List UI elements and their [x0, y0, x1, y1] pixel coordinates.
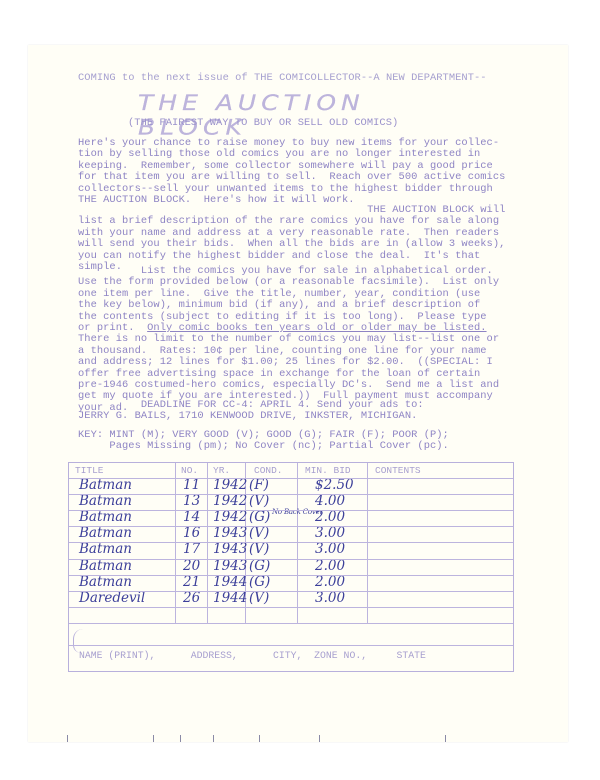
table-row: Batman211944(G)2.00 [69, 575, 513, 591]
cell-year: 1944 [213, 574, 247, 590]
cell-year: 1943 [213, 525, 247, 541]
table-row: Daredevil261944(V)3.00 [69, 591, 513, 607]
cell-year: 1944 [213, 590, 247, 606]
cell-no: 21 [183, 574, 200, 590]
row-divider [69, 645, 513, 646]
listing-form: TITLE NO. YR. COND. MIN. BID CONTENTS Ba… [68, 462, 514, 672]
age-requirement-text: Only comic books ten years old or older … [147, 322, 486, 334]
cell-year: 1943 [213, 541, 247, 557]
cell-min-bid: 4.00 [315, 493, 345, 509]
cell-condition: (V) [249, 541, 269, 557]
cell-condition: (V) [249, 525, 269, 541]
cell-no: 13 [183, 493, 200, 509]
table-row [69, 607, 513, 623]
cell-condition: (G) [249, 574, 270, 590]
cell-no: 20 [183, 558, 200, 574]
page-title: THE AUCTION BLOCK [138, 90, 458, 139]
instructions-paragraph: List the comics you have for sale in alp… [78, 266, 499, 414]
margin-tick [153, 735, 154, 742]
cell-no: 11 [183, 477, 200, 493]
cell-title: Batman [79, 493, 132, 509]
cell-min-bid: 2.00 [315, 558, 345, 574]
cell-condition: (G) [249, 509, 270, 525]
table-row: Batman201943(G)2.00 [69, 559, 513, 575]
col-header-yr: YR. [213, 465, 230, 476]
cell-min-bid: $2.50 [315, 477, 354, 493]
row-divider [69, 542, 513, 543]
margin-tick [213, 735, 214, 742]
cell-min-bid: 3.00 [315, 590, 345, 606]
row-divider [69, 607, 513, 608]
cell-no: 16 [183, 525, 200, 541]
row-divider [69, 591, 513, 592]
deadline-notice: DEADLINE FOR CC-4: APRIL 4. Send your ad… [78, 400, 424, 423]
margin-tick [180, 735, 181, 742]
table-row: Batman171943(V)3.00 [69, 542, 513, 558]
cell-min-bid: 3.00 [315, 525, 345, 541]
row-divider [69, 575, 513, 576]
margin-tick [67, 735, 68, 742]
table-row: Batman141942(G)No Back Cover2.00 [69, 510, 513, 526]
col-header-title: TITLE [75, 465, 104, 476]
cell-no: 26 [183, 590, 200, 606]
cell-title: Batman [79, 509, 132, 525]
cell-title: Batman [79, 574, 132, 590]
row-divider [69, 510, 513, 511]
cell-title: Batman [79, 525, 132, 541]
col-header-no: NO. [181, 465, 198, 476]
cell-min-bid: 2.00 [315, 509, 345, 525]
cell-condition: (V) [249, 493, 269, 509]
headline: COMING to the next issue of THE COMICOLL… [78, 73, 487, 84]
cell-min-bid: 3.00 [315, 541, 345, 557]
cell-min-bid: 2.00 [315, 574, 345, 590]
row-divider [69, 623, 513, 624]
cell-condition: (F) [249, 477, 269, 493]
cell-condition: (V) [249, 590, 269, 606]
cell-year: 1942 [213, 477, 247, 493]
address-line-label: NAME (PRINT), ADDRESS, CITY, ZONE NO., S… [79, 650, 426, 661]
table-row: Batman111942(F)$2.50 [69, 478, 513, 494]
cell-year: 1942 [213, 509, 247, 525]
cell-condition: (G) [249, 558, 270, 574]
cell-year: 1943 [213, 558, 247, 574]
cell-title: Batman [79, 558, 132, 574]
cell-no: 17 [183, 541, 200, 557]
margin-tick [319, 735, 320, 742]
cell-year: 1942 [213, 493, 247, 509]
cell-title: Daredevil [79, 590, 145, 606]
subtitle: (THE FAIREST WAY TO BUY OR SELL OLD COMI… [128, 118, 398, 129]
table-row: Batman161943(V)3.00 [69, 526, 513, 542]
row-divider [69, 526, 513, 527]
col-header-min-bid: MIN. BID [305, 465, 351, 476]
condition-key: KEY: MINT (M); VERY GOOD (V); GOOD (G); … [78, 430, 449, 453]
row-divider [69, 494, 513, 495]
cell-title: Batman [79, 477, 132, 493]
row-divider [69, 478, 513, 479]
margin-tick [259, 735, 260, 742]
row-divider [69, 559, 513, 560]
col-header-cond: COND. [254, 465, 283, 476]
margin-tick [445, 735, 446, 742]
cell-title: Batman [79, 541, 132, 557]
col-header-contents: CONTENTS [375, 465, 421, 476]
cell-no: 14 [183, 509, 200, 525]
how-it-works-paragraph: THE AUCTION BLOCK will list a brief desc… [78, 205, 505, 273]
intro-paragraph: Here's your chance to raise money to buy… [78, 138, 505, 206]
